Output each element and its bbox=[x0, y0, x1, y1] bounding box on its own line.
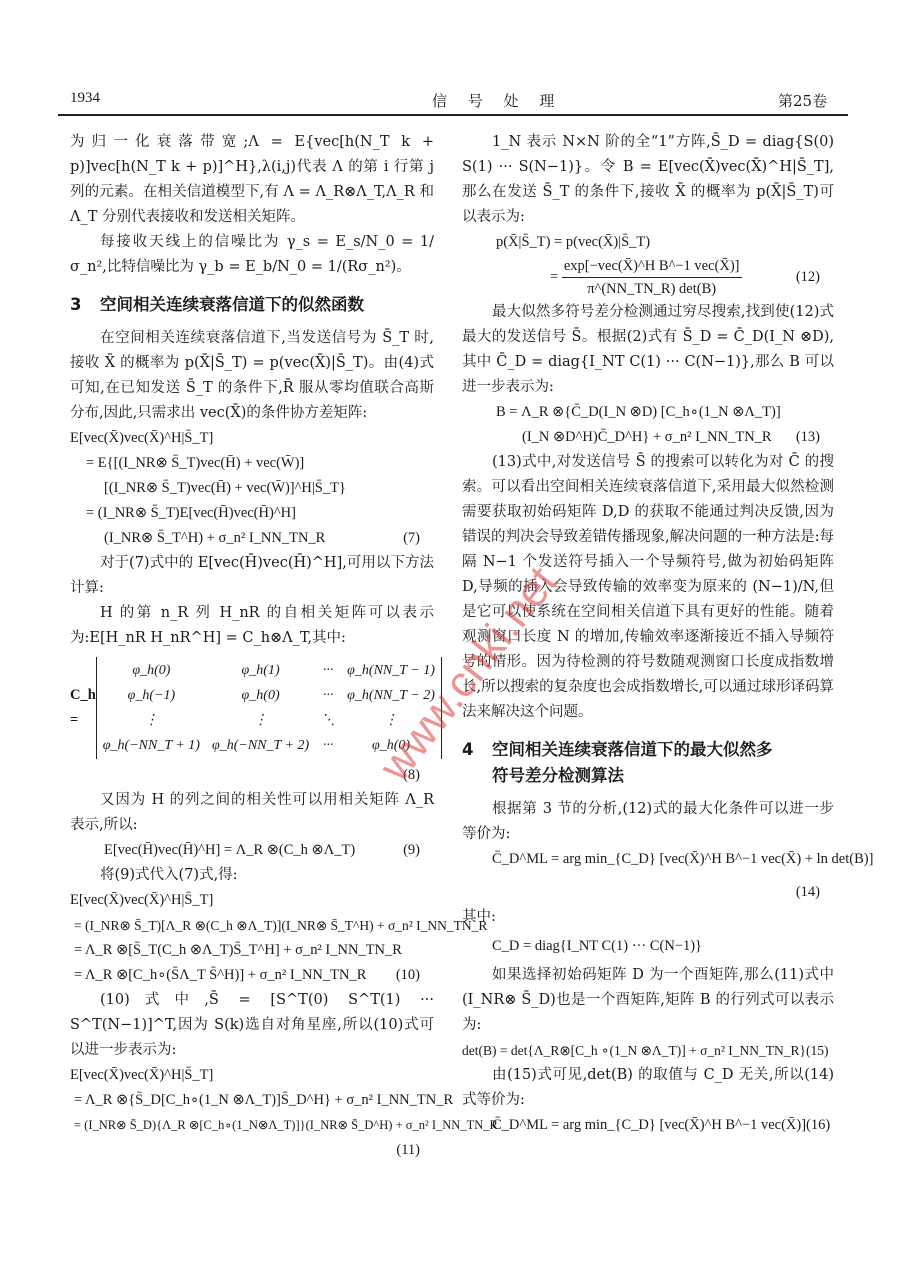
paragraph: 将(9)式代入(7)式,得: bbox=[70, 863, 434, 888]
paragraph: 又因为 H 的列之间的相关性可以用相关矩阵 Λ_R 表示,所以: bbox=[70, 788, 434, 838]
header-rule bbox=[58, 114, 848, 116]
equation-14: C̄_D^ML = arg min_{C_D} [vec(X̄)^H B^−1 … bbox=[462, 847, 834, 872]
paragraph: 如果选择初始码矩阵 D 为一个酉矩阵,那么(11)式中(I_NR⊗ S̄_D)也… bbox=[462, 963, 834, 1038]
left-column: 为归一化衰落带宽;Λ = E{vec[h(N_T k + p)]vec[h(N_… bbox=[70, 130, 434, 1163]
equation-7: E[vec(X̄)vec(X̄)^H|S̄_T] = E{[(I_NR⊗ S̄_… bbox=[70, 426, 434, 551]
section-heading-4: 4空间相关连续衰落信道下的最大似然多 符号差分检测算法 bbox=[462, 737, 834, 789]
paragraph: 最大似然多符号差分检测通过穷尽搜索,找到使(12)式最大的发送信号 S̄。根据(… bbox=[462, 300, 834, 400]
paragraph: H 的第 n_R 列 H_nR 的自相关矩阵可以表示为:E[H_nR H_nR^… bbox=[70, 601, 434, 651]
paper-page: 1934 信 号 处 理 第25卷 为归一化衰落带宽;Λ = E{vec[h(N… bbox=[0, 0, 904, 1262]
page-number: 1934 bbox=[70, 90, 100, 107]
matrix-ch: C_h = φ_h(0) φ_h(1) ··· φ_h(NN_T − 1) φ_… bbox=[70, 657, 434, 759]
equation-number: (7) bbox=[403, 526, 420, 551]
section-heading-3: 3空间相关连续衰落信道下的似然函数 bbox=[70, 292, 434, 318]
equation-13: B = Λ_R ⊗{C̄_D(I_N ⊗D) [C_h∘(1_N ⊗Λ_T)] … bbox=[462, 400, 834, 450]
paragraph: 其中: bbox=[462, 905, 834, 930]
equation-cd: C_D = diag{I_NT C(1) ··· C(N−1)} bbox=[462, 934, 834, 959]
equation-16: C̄_D^ML = arg min_{C_D} [vec(X̄)^H B^−1 … bbox=[462, 1113, 834, 1138]
equation-9: E[vec(H̄)vec(H̄)^H] = Λ_R ⊗(C_h ⊗Λ_T) (9… bbox=[70, 838, 434, 863]
paragraph: 1_N 表示 N×N 阶的全“1”方阵,S̄_D = diag{S(0) S(1… bbox=[462, 130, 834, 230]
paragraph: 每接收天线上的信噪比为 γ_s = E_s/N_0 = 1/σ_n²,比特信噪比… bbox=[70, 230, 434, 280]
paragraph: 对于(7)式中的 E[vec(H̄)vec(H̄)^H],可用以下方法计算: bbox=[70, 551, 434, 601]
equation-10: E[vec(X̄)vec(X̄)^H|S̄_T] = (I_NR⊗ S̄_T)[… bbox=[70, 888, 434, 988]
paragraph: (10)式中,S̄ = [S^T(0) S^T(1) ··· S^T(N−1)]… bbox=[70, 988, 434, 1063]
paragraph: 为归一化衰落带宽;Λ = E{vec[h(N_T k + p)]vec[h(N_… bbox=[70, 130, 434, 230]
equation-15: det(B) = det{Λ_R⊗[C_h ∘(1_N ⊗Λ_T)] + σ_n… bbox=[462, 1038, 834, 1063]
paragraph: 根据第 3 节的分析,(12)式的最大化条件可以进一步等价为: bbox=[462, 797, 834, 847]
fraction: exp[−vec(X̄)^H B^−1 vec(X̄)] π^(NN_TN_R)… bbox=[562, 255, 742, 300]
volume-label: 第25卷 bbox=[778, 90, 827, 111]
paragraph: 由(15)式可见,det(B) 的取值与 C_D 无关,所以(14)式等价为: bbox=[462, 1063, 834, 1113]
journal-title: 信 号 处 理 bbox=[432, 90, 562, 111]
paragraph: 在空间相关连续衰落信道下,当发送信号为 S̄_T 时,接收 X̄ 的概率为 p(… bbox=[70, 326, 434, 426]
equation-11: E[vec(X̄)vec(X̄)^H|S̄_T] = Λ_R ⊗{S̄_D[C_… bbox=[70, 1063, 434, 1163]
equation-12: p(X̄|S̄_T) = p(vec(X̄)|S̄_T) = exp[−vec(… bbox=[462, 230, 834, 300]
